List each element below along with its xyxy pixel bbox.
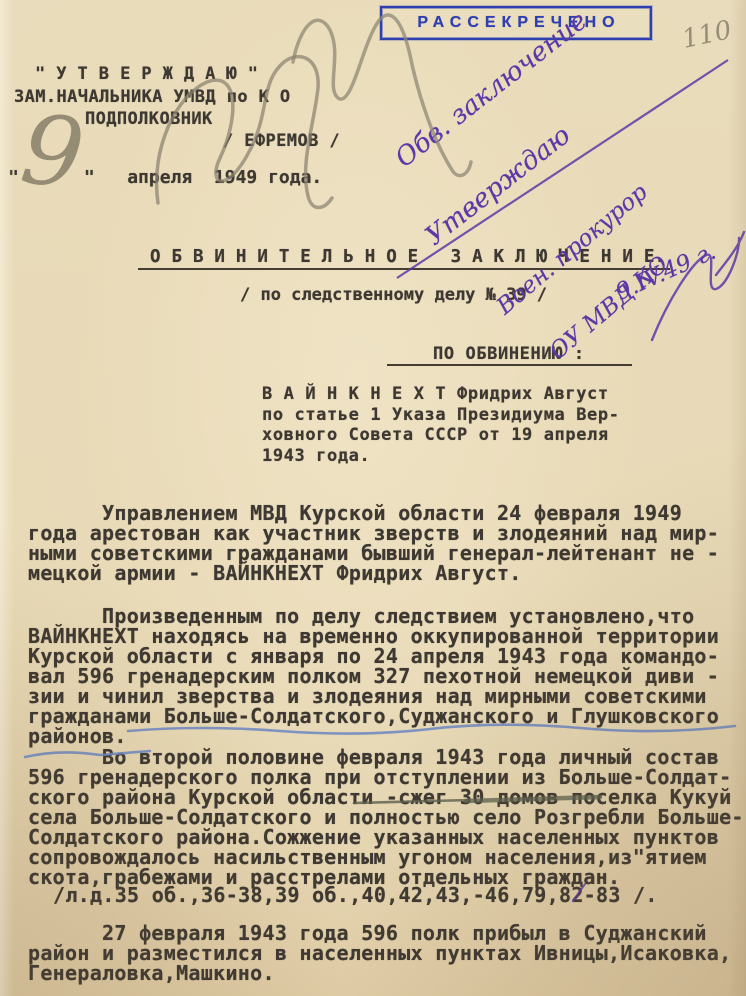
paragraph-arrest: Управлением МВД Курской области 24 февра… xyxy=(28,503,719,583)
scanned-document-page: РАССЕКРЕЧЕНО 110 " У Т В Е Р Ж Д А Ю " З… xyxy=(0,0,746,996)
paragraph-findings: Произведенным по делу следствием установ… xyxy=(28,606,719,746)
approval-signatory: / ЕФРЕМОВ / xyxy=(223,133,340,150)
document-title-underline xyxy=(138,268,670,270)
case-sheet-citation: /л.д.35 об.,36-38,39 об.,40,42,43,-46,79… xyxy=(53,885,658,905)
pencil-page-number: 110 xyxy=(679,15,734,55)
pencil-day-number: 9 xyxy=(15,93,89,212)
accusation-label-underline xyxy=(387,364,632,366)
approval-line-3: ПОДПОЛКОВНИК xyxy=(85,111,213,128)
declassified-stamp: РАССЕКРЕЧЕНО xyxy=(380,6,652,40)
approval-line-1: " У Т В Е Р Ж Д А Ю " xyxy=(35,66,258,83)
paragraph-burnings: Во второй половине февраля 1943 года лич… xyxy=(28,747,744,887)
paragraph-deployment: 27 февраля 1943 года 596 полк прибыл в С… xyxy=(28,923,731,983)
accused-identity-block: В А Й Н К Н Е Х Т Фридрих Август по стат… xyxy=(262,384,620,466)
